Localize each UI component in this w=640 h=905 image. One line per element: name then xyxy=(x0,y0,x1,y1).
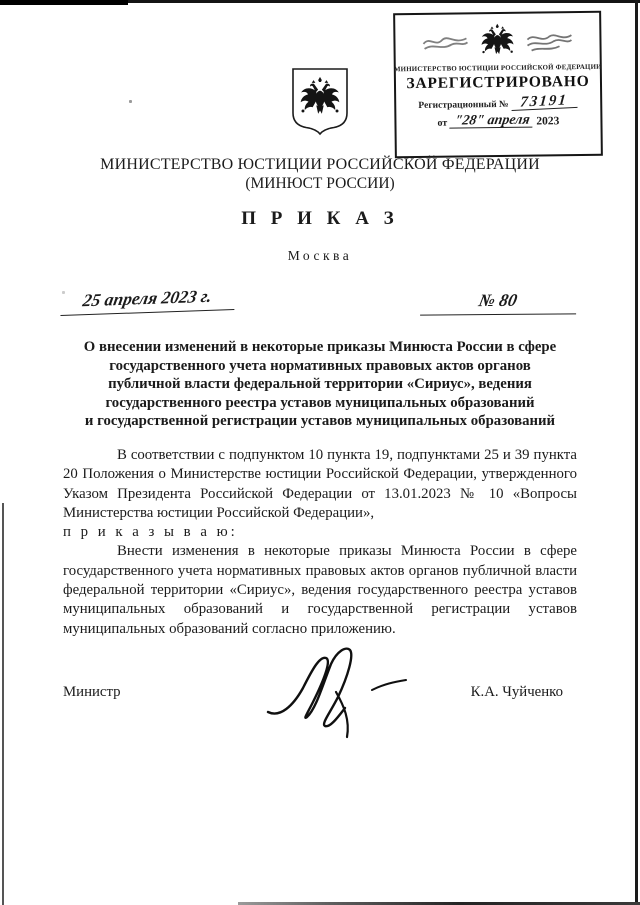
signature-scribble xyxy=(260,640,430,740)
stamp-scribble-left xyxy=(421,31,469,54)
registration-stamp: МИНИСТЕРСТВО ЮСТИЦИИ РОССИЙСКОЙ ФЕДЕРАЦИ… xyxy=(393,11,603,159)
stamp-ministry-line: МИНИСТЕРСТВО ЮСТИЦИИ РОССИЙСКОЙ ФЕДЕРАЦИ… xyxy=(394,64,602,74)
city-line: Москва xyxy=(63,248,577,264)
decree-word: п р и к а з ы в а ю: xyxy=(63,523,577,542)
scan-edge-right xyxy=(635,0,638,905)
title-line: публичной власти федеральной территории … xyxy=(63,375,577,394)
stamp-reg-number-value-handwritten: 73191 xyxy=(512,93,579,111)
document-number-handwritten: № 80 xyxy=(477,290,519,311)
title-line: О внесении изменений в некоторые приказы… xyxy=(63,338,577,357)
document-type-heading: П Р И К А З xyxy=(63,208,577,230)
body-paragraph-1: В соответствии с подпунктом 10 пункта 19… xyxy=(63,446,577,523)
stamp-coat-of-arms-icon xyxy=(478,22,516,62)
scan-edge-top-thick xyxy=(0,0,128,5)
stamp-top-row xyxy=(421,20,574,64)
scan-speck xyxy=(129,100,132,103)
document-number-field: № 80 xyxy=(420,289,576,315)
document-body: В соответствии с подпунктом 10 пункта 19… xyxy=(63,446,577,639)
title-line: государственного реестра уставов муницип… xyxy=(63,394,577,413)
title-line: государственного учета нормативных право… xyxy=(63,357,577,376)
document-title: О внесении изменений в некоторые приказы… xyxy=(63,338,577,431)
signer-role: Министр xyxy=(63,684,121,701)
signer-name: К.А. Чуйченко xyxy=(471,684,563,701)
document-date-field: 25 апреля 2023 г. xyxy=(60,285,235,316)
scan-edge-left xyxy=(2,503,4,905)
title-line: и государственной регистрации уставов му… xyxy=(63,412,577,431)
stamp-scribble-right xyxy=(525,30,573,53)
stamp-registered-label: ЗАРЕГИСТРИРОВАНО xyxy=(406,73,589,93)
scanned-document-page: { "stamp": { "ministry_line": "МИНИСТЕРС… xyxy=(0,0,640,905)
org-name-line1: МИНИСТЕРСТВО ЮСТИЦИИ РОССИЙСКОЙ ФЕДЕРАЦИ… xyxy=(63,156,577,174)
stamp-date-prefix: от xyxy=(437,118,447,129)
stamp-reg-number-label: Регистрационный № xyxy=(418,100,508,111)
stamp-date-day-month-handwritten: "28" апреля xyxy=(449,114,534,129)
stamp-date-line: от "28" апреля 2023 xyxy=(437,113,559,128)
org-name-line2: (МИНЮСТ РОССИИ) xyxy=(63,175,577,193)
org-header: МИНИСТЕРСТВО ЮСТИЦИИ РОССИЙСКОЙ ФЕДЕРАЦИ… xyxy=(63,156,577,193)
body-paragraph-2: Внести изменения в некоторые приказы Мин… xyxy=(63,542,577,638)
coat-of-arms-emblem xyxy=(290,66,350,136)
stamp-registration-number-line: Регистрационный № 73191 xyxy=(418,94,578,111)
document-date-handwritten: 25 апреля 2023 г. xyxy=(81,286,213,312)
stamp-date-year: 2023 xyxy=(536,115,559,127)
